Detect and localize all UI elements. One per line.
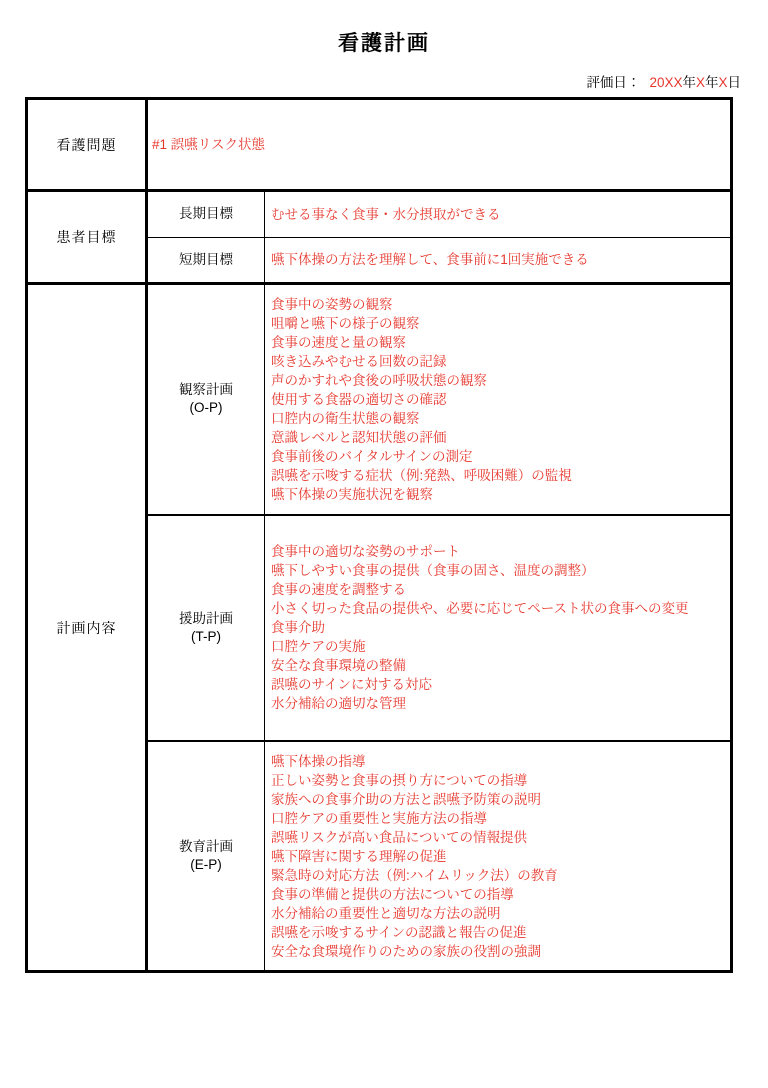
plan-item-line: 咳き込みやむせる回数の記録 [271,352,730,371]
evaluation-date-label: 評価日： [586,75,649,90]
education-plan-label-name: 教育計画 [179,838,233,856]
short-term-goal-label: 短期目標 [148,238,265,283]
observation-plan-label-name: 観察計画 [179,381,233,399]
plan-item-line: 誤嚥リスクが高い食品についての情報提供 [271,828,730,847]
patient-goals-label: 患者目標 [28,192,148,282]
assistance-plan-label: 援助計画 (T-P) [148,516,265,740]
assistance-plan-label-code: (T-P) [191,628,221,646]
care-plan-table: 看護問題 #1 誤嚥リスク状態 患者目標 長期目標 むせる事なく食事・水分摂取が… [25,97,733,973]
nursing-problem-label: 看護問題 [28,100,148,189]
plan-item-line: 口腔ケアの重要性と実施方法の指導 [271,809,730,828]
education-plan-label: 教育計画 (E-P) [148,742,265,970]
plan-item-line: 小さく切った食品の提供や、必要に応じてペースト状の食事への変更 [271,599,730,618]
plan-item-line: 声のかすれや食後の呼吸状態の観察 [271,371,730,390]
plan-item-line: 嚥下体操の実施状況を観察 [271,485,730,504]
plan-item-line: 誤嚥のサインに対する対応 [271,675,730,694]
plan-item-line: 食事の速度を調整する [271,580,730,599]
date-unit-segment: 年 [705,75,719,90]
row-nursing-problem: 看護問題 #1 誤嚥リスク状態 [28,100,730,189]
date-unit-segment: 日 [728,75,742,90]
plan-item-line: 家族への食事介助の方法と誤嚥予防策の説明 [271,790,730,809]
plan-item-line: 食事中の適切な姿勢のサポート [271,542,730,561]
plan-content-label: 計画内容 [28,285,148,970]
plan-item-line: 嚥下体操の指導 [271,752,730,771]
long-term-goal-row: 長期目標 むせる事なく食事・水分摂取ができる [148,192,730,237]
plan-item-line: 安全な食環境作りのための家族の役割の強調 [271,942,730,961]
plan-item-line: 安全な食事環境の整備 [271,656,730,675]
observation-plan-section: 観察計画 (O-P) 食事中の姿勢の観察咀嚼と嚥下の様子の観察食事の速度と量の観… [148,285,730,514]
plan-item-line: 使用する食器の適切さの確認 [271,390,730,409]
plan-item-line: 食事の準備と提供の方法についての指導 [271,885,730,904]
plan-item-line: 意識レベルと認知状態の評価 [271,428,730,447]
assistance-plan-section: 援助計画 (T-P) 食事中の適切な姿勢のサポート嚥下しやすい食事の提供（食事の… [148,514,730,740]
evaluation-date-value: 20XX年X年X日 [649,75,741,90]
plan-item-line: 水分補給の適切な管理 [271,694,730,713]
evaluation-date: 評価日：20XX年X年X日 [0,71,741,91]
plan-item-line: 食事前後のバイタルサインの測定 [271,447,730,466]
plan-item-line: 食事中の姿勢の観察 [271,295,730,314]
assistance-plan-label-name: 援助計画 [179,610,233,628]
plan-item-line: 咀嚼と嚥下の様子の観察 [271,314,730,333]
education-plan-items: 嚥下体操の指導正しい姿勢と食事の摂り方についての指導家族への食事介助の方法と誤嚥… [265,742,730,970]
plan-item-line: 口腔ケアの実施 [271,637,730,656]
date-placeholder-segment: X [696,75,705,90]
long-term-goal-value: むせる事なく食事・水分摂取ができる [265,192,730,237]
nursing-plan-sheet: 看護計画 評価日：20XX年X年X日 看護問題 #1 誤嚥リスク状態 患者目標 … [0,0,768,1088]
page-title: 看護計画 [0,0,768,57]
plan-item-line: 嚥下しやすい食事の提供（食事の固さ、温度の調整） [271,561,730,580]
education-plan-label-code: (E-P) [190,856,222,874]
observation-plan-label: 観察計画 (O-P) [148,285,265,514]
education-plan-section: 教育計画 (E-P) 嚥下体操の指導正しい姿勢と食事の摂り方についての指導家族へ… [148,740,730,970]
plan-item-line: 口腔内の衛生状態の観察 [271,409,730,428]
short-term-goal-value: 嚥下体操の方法を理解して、食事前に1回実施できる [265,238,730,283]
plan-item-line: 食事の速度と量の観察 [271,333,730,352]
date-placeholder-segment: 20XX [649,75,682,90]
plan-item-line: 水分補給の重要性と適切な方法の説明 [271,904,730,923]
observation-plan-label-code: (O-P) [190,399,223,417]
observation-plan-items: 食事中の姿勢の観察咀嚼と嚥下の様子の観察食事の速度と量の観察咳き込みやむせる回数… [265,285,730,514]
nursing-problem-value: #1 誤嚥リスク状態 [148,100,730,189]
row-patient-goals: 患者目標 長期目標 むせる事なく食事・水分摂取ができる 短期目標 嚥下体操の方法… [28,189,730,282]
plan-item-line: 正しい姿勢と食事の摂り方についての指導 [271,771,730,790]
plan-item-line: 嚥下障害に関する理解の促進 [271,847,730,866]
row-plan-content: 計画内容 観察計画 (O-P) 食事中の姿勢の観察咀嚼と嚥下の様子の観察食事の速… [28,282,730,970]
plan-item-line: 誤嚥を示唆するサインの認識と報告の促進 [271,923,730,942]
long-term-goal-label: 長期目標 [148,192,265,237]
plan-content-body: 観察計画 (O-P) 食事中の姿勢の観察咀嚼と嚥下の様子の観察食事の速度と量の観… [148,285,730,970]
patient-goals-body: 長期目標 むせる事なく食事・水分摂取ができる 短期目標 嚥下体操の方法を理解して… [148,192,730,282]
assistance-plan-items: 食事中の適切な姿勢のサポート嚥下しやすい食事の提供（食事の固さ、温度の調整）食事… [265,516,730,740]
plan-item-line: 誤嚥を示唆する症状（例:発熱、呼吸困難）の監視 [271,466,730,485]
plan-item-line: 緊急時の対応方法（例:ハイムリック法）の教育 [271,866,730,885]
short-term-goal-row: 短期目標 嚥下体操の方法を理解して、食事前に1回実施できる [148,237,730,283]
plan-item-line: 食事介助 [271,618,730,637]
date-placeholder-segment: X [718,75,727,90]
date-unit-segment: 年 [682,75,696,90]
